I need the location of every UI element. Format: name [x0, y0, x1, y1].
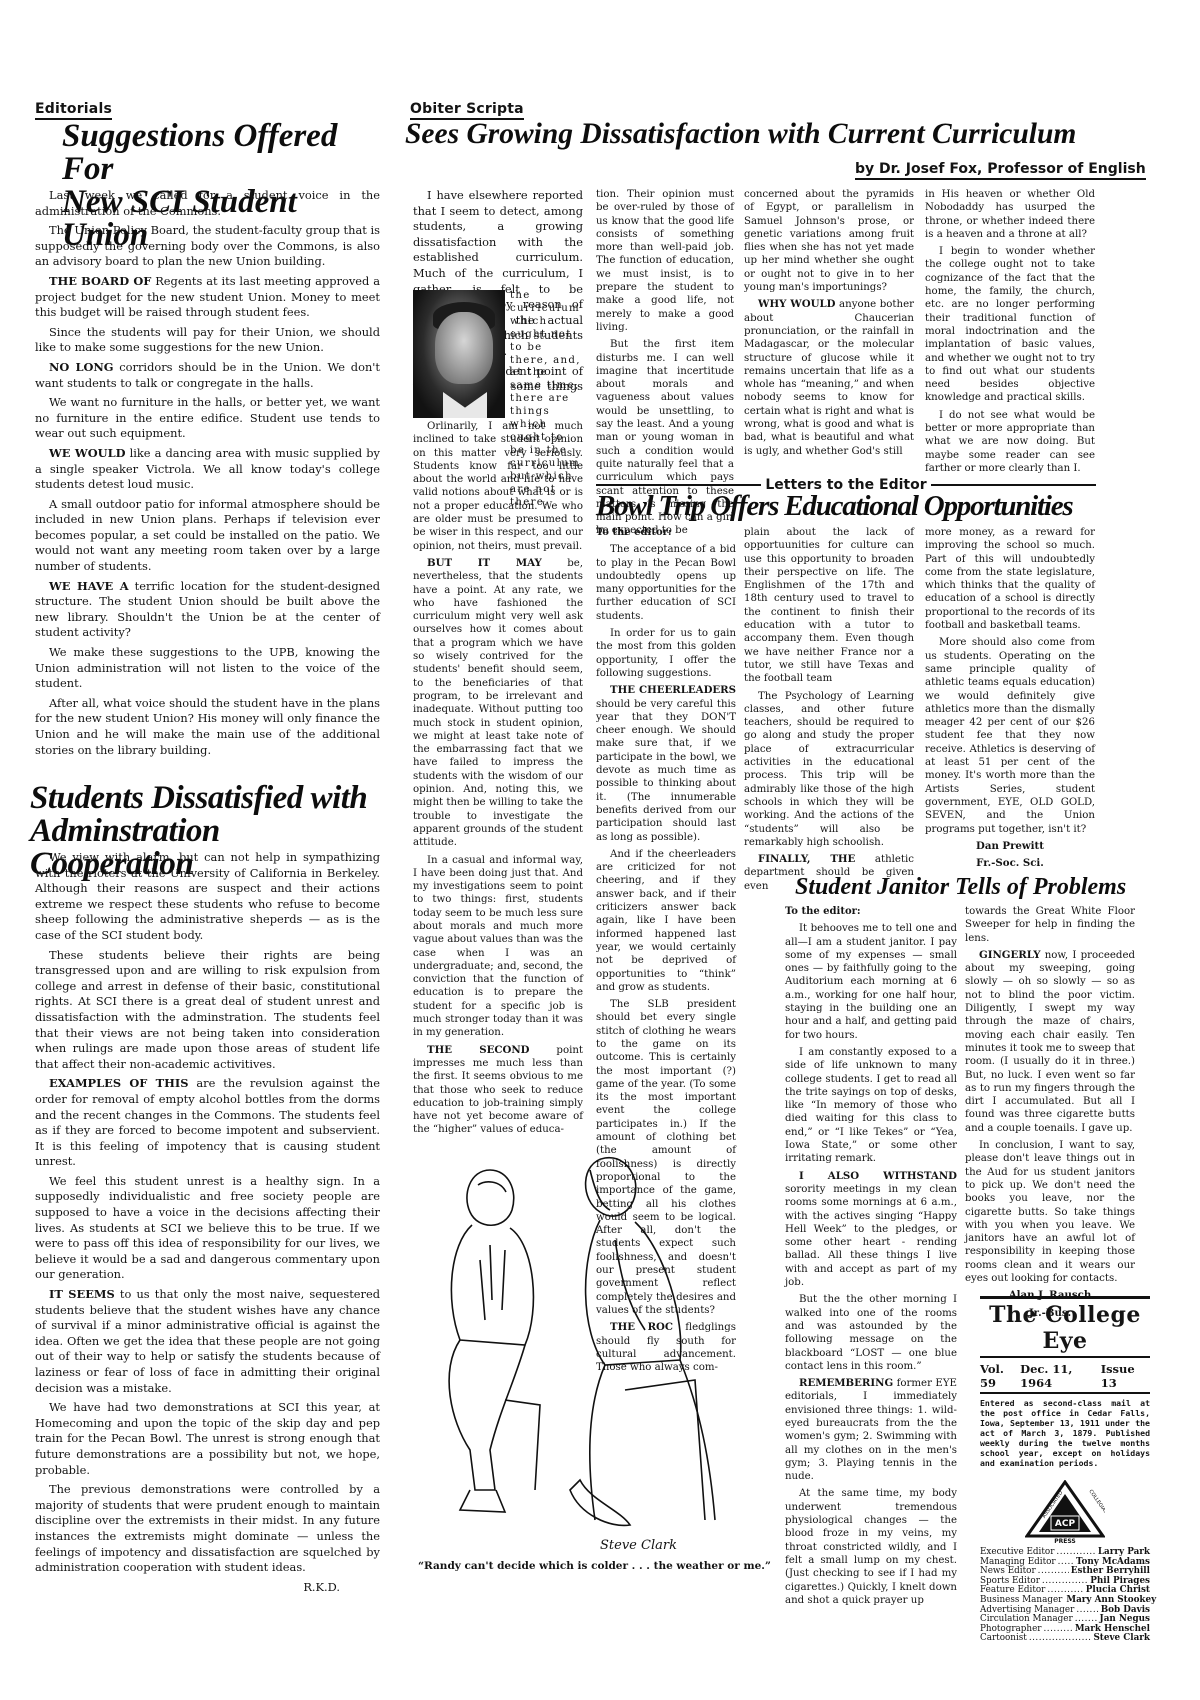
paragraph: in His heaven or whether Old Nobodaddy h… [925, 188, 1095, 241]
paragraph: Since the students will pay for their Un… [35, 325, 380, 356]
headline-line-1: Suggestions Offered For [62, 118, 337, 187]
obiter-column-1-rest: Orlinarily, I am not much inclined to ta… [413, 420, 583, 1141]
paragraph: These students believe their rights are … [35, 948, 380, 1073]
paragraph: GINGERLY now, I proceeded about my sweep… [965, 949, 1135, 1135]
janitor-letter-column-2: towards the Great White Floor Sweeper fo… [965, 905, 1135, 1324]
lead-in: WE HAVE A [49, 579, 129, 593]
paragraph: A small outdoor patio for informal atmos… [35, 497, 380, 575]
leader-dots [1076, 1606, 1098, 1616]
cartoon-caption: “Randy can't decide which is colder . . … [418, 1560, 771, 1572]
paragraph: The acceptance of a bid to play in the P… [596, 543, 736, 623]
issue-number: Issue 13 [1101, 1362, 1150, 1390]
staff-box: Executive EditorLarry ParkManaging Edito… [980, 1548, 1150, 1644]
cartoonist-signature: Steve Clark [600, 1538, 677, 1553]
leader-dots [1038, 1567, 1069, 1577]
paragraph: We want no furniture in the halls, or be… [35, 395, 380, 442]
paragraph: More should also come from us students. … [925, 636, 1095, 835]
paragraph: We have had two demonstrations at SCI th… [35, 1400, 380, 1478]
lead-in: REMEMBERING [799, 1377, 893, 1389]
lead-in: THE SECOND [427, 1044, 529, 1056]
paragraph: I ALSO WITHSTAND sorority meetings in my… [785, 1170, 957, 1290]
paragraph: We make these suggestions to the UPB, kn… [35, 645, 380, 692]
paragraph: tion. Their opinion must be over-ruled b… [596, 188, 734, 334]
paragraph: plain about the lack of opportuunities f… [744, 526, 914, 686]
obiter-column-3: concerned about the pyramids of Egypt, o… [744, 188, 914, 462]
leader-dots [1029, 1634, 1092, 1644]
paragraph: We view with alarm, but can not help in … [35, 850, 380, 944]
paragraph: THE BOARD OF Regents at its last meeting… [35, 274, 380, 321]
obiter-byline: by Dr. Josef Fox, Professor of English [855, 158, 1146, 177]
paragraph: WE WOULD like a dancing area with music … [35, 446, 380, 493]
svg-text:COLLEGIATE: COLLEGIATE [1087, 1489, 1105, 1518]
paragraph: The Psychology of Learning classes, and … [744, 690, 914, 850]
lead-in: BUT IT MAY [427, 557, 542, 569]
editorial-1-body: Last week we called for a student voice … [35, 188, 380, 762]
paragraph: The Union Policy Board, the student-facu… [35, 223, 380, 270]
paragraph: I am constantly exposed to a side of lif… [785, 1046, 957, 1166]
author-photo [413, 290, 505, 418]
lead-in: FINALLY, THE [758, 853, 855, 865]
headline-line-1: Students Dissatisfied with [30, 780, 367, 816]
paragraph: WE HAVE A terrific location for the stud… [35, 579, 380, 641]
masthead: The College Eye Vol. 59 Dec. 11, 1964 Is… [980, 1296, 1150, 1644]
paragraph: THE SECOND point impresses me much less … [413, 1044, 583, 1137]
paragraph: NO LONG corridors should be in the Union… [35, 360, 380, 391]
lead-in: GINGERLY [979, 949, 1041, 961]
signature-name: Dan Prewitt [925, 840, 1095, 853]
editorial-signature: R.K.D. [35, 1580, 380, 1596]
paragraph: It behooves me to tell one and all—I am … [785, 922, 957, 1042]
signature-class: Fr.-Soc. Sci. [925, 857, 1095, 870]
issue-date: Dec. 11, 1964 [1020, 1362, 1101, 1390]
paragraph: But the the other morning I walked into … [785, 1293, 957, 1373]
lead-in: THE CHEERLEADERS [610, 684, 736, 696]
paragraph: IT SEEMS to us that only the most naive,… [35, 1287, 380, 1396]
paragraph: THE CHEERLEADERS should be very careful … [596, 684, 736, 844]
bowl-letter-headline: Bowl Trip Offers Educational Opportuniti… [596, 492, 1096, 521]
leader-dots [1042, 1577, 1088, 1587]
lead-in: IT SEEMS [49, 1287, 115, 1301]
janitor-letter-headline: Student Janitor Tells of Problems [795, 875, 1105, 899]
masthead-issue-info: Vol. 59 Dec. 11, 1964 Issue 13 [980, 1358, 1150, 1394]
section-tag-editorials: Editorials [35, 98, 112, 120]
staff-role: Cartoonist [980, 1634, 1027, 1644]
paragraph: And if the cheerleaders are criticized f… [596, 848, 736, 994]
janitor-letter-column-1: To the editor: It behooves me to tell on… [785, 905, 957, 1611]
paragraph: concerned about the pyramids of Egypt, o… [744, 188, 914, 294]
obiter-column-4: in His heaven or whether Old Nobodaddy h… [925, 188, 1095, 479]
section-tag-obiter-scripta: Obiter Scripta [410, 98, 524, 120]
paragraph: After all, what voice should the student… [35, 696, 380, 758]
lead-in: WHY WOULD [758, 298, 835, 310]
paragraph: We feel this student unrest is a healthy… [35, 1174, 380, 1283]
obiter-headline: Sees Growing Dissatisfaction with Curren… [405, 120, 1165, 150]
masthead-title: The College Eye [980, 1296, 1150, 1358]
paragraph: Last week we called for a student voice … [35, 188, 380, 219]
paragraph: REMEMBERING former EYE editorials, I imm… [785, 1377, 957, 1483]
paragraph: The previous demonstrations were control… [35, 1482, 380, 1576]
paragraph: more money, as a reward for improving th… [925, 526, 1095, 632]
svg-text:PRESS: PRESS [1054, 1538, 1076, 1544]
paragraph: WHY WOULD anyone bother about Chaucerian… [744, 298, 914, 458]
paragraph: In order for us to gain the most from th… [596, 627, 736, 680]
cartoon-drawing [430, 1150, 730, 1535]
acp-member-badge: ACP PRESS ASSOCIATED COLLEGIATE [1025, 1480, 1105, 1544]
paragraph: BUT IT MAY be, nevertheless, that the st… [413, 557, 583, 850]
volume: Vol. 59 [980, 1362, 1020, 1390]
paragraph: In conclusion, I want to say, please don… [965, 1139, 1135, 1285]
lead-in: NO LONG [49, 360, 114, 374]
bowl-letter-column-2: plain about the lack of opportuunities f… [744, 526, 914, 897]
paragraph: towards the Great White Floor Sweeper fo… [965, 905, 1135, 945]
lead-in: WE WOULD [49, 446, 125, 460]
paragraph: At the same time, my body underwent trem… [785, 1487, 957, 1607]
lead-in: THE BOARD OF [49, 274, 151, 288]
paragraph: Orlinarily, I am not much inclined to ta… [413, 420, 583, 553]
svg-text:ACP: ACP [1055, 1519, 1076, 1529]
lead-in: EXAMPLES OF THIS [49, 1076, 188, 1090]
paragraph: EXAMPLES OF THIS are the revulsion again… [35, 1076, 380, 1170]
paragraph: In a casual and informal way, I have bee… [413, 854, 583, 1040]
lead-in: I ALSO WITHSTAND [799, 1170, 957, 1182]
entered-mail-note: Entered as second-class mail at the post… [980, 1398, 1150, 1468]
paragraph: I do not see what would be better or mor… [925, 409, 1095, 475]
bowl-letter-column-3: more money, as a reward for improving th… [925, 526, 1095, 874]
staff-name: Steve Clark [1093, 1634, 1150, 1644]
leader-dots [1044, 1625, 1073, 1635]
editorial-2-body: We view with alarm, but can not help in … [35, 850, 380, 1599]
staff-row: CartoonistSteve Clark [980, 1634, 1150, 1644]
paragraph: I begin to wonder whether the college ou… [925, 245, 1095, 405]
